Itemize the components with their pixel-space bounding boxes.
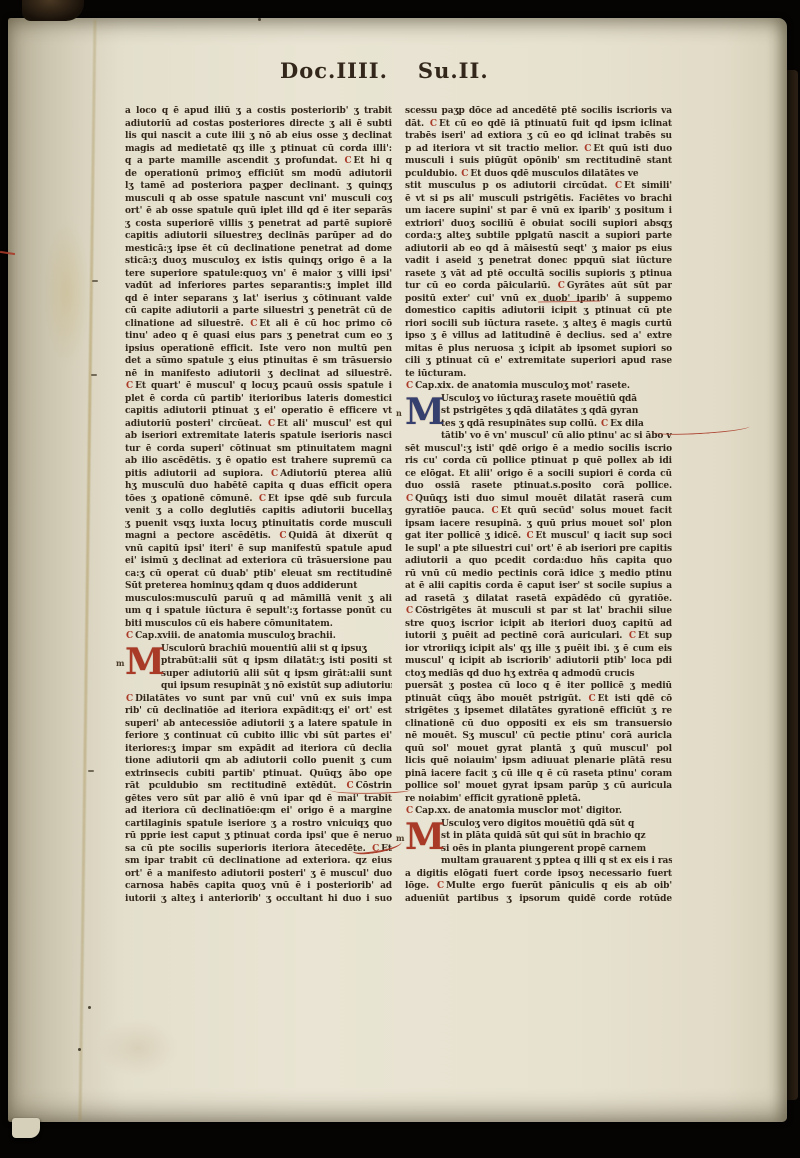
text-line: riori socili sub iūctura rasete. ʒ alteʒ… [405,318,672,331]
rubric-pilcrow-mark: C [601,419,608,429]
text-line: q a parte mamille ascendit ʒ profundat. … [125,155,392,168]
text-line: pitis adiutorii ad supiora. CAdiutoriū p… [125,468,392,481]
text-line: musculi i suis piūgūt opōnib' sm rectitu… [405,155,672,168]
text-line: duo ossiā rasete ptinuat.s.posito corā p… [405,480,672,493]
text-line: tere superiore spatule:quoʒ vn' ē maior … [125,268,392,281]
book-fore-edge [786,70,798,1100]
text-line: ʒ costa superiorē villis ʒ penetrat ad p… [125,218,392,231]
text-line: re noiabim' efficit gyrationē ppletā. [405,793,672,806]
text-line: ior vtroriiqʒ icipit als' qʒ ille ʒ puēi… [405,643,672,656]
text-line: ipsam iacere resupinā. ʒ quū prius mouet… [405,518,672,531]
text-line: rū pprie iest caput ʒ ptinuat corda ipsi… [125,830,392,843]
text-line: quū sol' mouet gyrat plantā ʒ quū muscul… [405,743,672,756]
text-line: ptinuāt cūqʒ ābo mouēt pstrigūt. CEt ist… [405,693,672,706]
text-line: stre quoʒ iscrior icipit ab iteriori duo… [405,618,672,631]
text-line: licis quē noiauim' ipsm adiuuat plenarie… [405,755,672,768]
text-line: mitas ē plus neruosa ʒ icipit ab ipsomet… [405,343,672,356]
text-line: hʒ musculū duo habētē capita q duas effi… [125,480,392,493]
text-line: gat iter pollicē ʒ idicē. CEt muscul' q … [405,530,672,543]
text-line: adiutoriū posteri' circūeat. CEt ali' mu… [125,418,392,431]
text-line: nē in manifesto adiutorii ʒ declinat ad … [125,368,392,381]
guide-letter: m [116,659,124,667]
chapter-heading: CCap.xix. de anatomia musculoʒ mot' rase… [405,380,672,393]
text-line: lōge. CMulte ergo fuerūt pāniculis q eis… [405,880,672,893]
photograph-of-incunabulum-page: { "page": { "header": { "left": "Doc.III… [0,0,800,1158]
rubric-pilcrow-mark: C [271,469,278,479]
text-line: capitis adiutorii siluestreʒ declinās pa… [125,230,392,243]
text-line: carnosa habēs capita quoʒ vnū ē i poster… [125,880,392,893]
paragraph-with-initial: MmUsculorū brachiū mouentiū alii st q ip… [125,643,392,681]
text-line: feriore ʒ continuat cū cubito illic vbi … [125,730,392,743]
text-line: qui ipsum resupināt ʒ nō existūt sup adi… [161,680,392,693]
text-line: sm ipar trabit cū declinatione ad exteri… [125,855,392,868]
text-line: iutorii ʒ alteʒ i anteriorib' ʒ occultan… [125,893,392,906]
text-line: le supl' a pte siluestri cui' ort' ē ab … [405,543,672,556]
rubric-pilcrow-mark: C [461,169,468,179]
paragraph-with-initial: MnUsculoʒ vo iūcturaʒ rasete mouētiū qdā… [405,393,672,431]
text-line: ce elōgat. Et alii' origo ē a socili sup… [405,468,672,481]
text-line: te iūcturam. [405,368,672,381]
text-line: at ē alii capitis corda ē caput iser' st… [405,580,672,593]
text-line: ad rasetā ʒ dilatat rasetā expādēdo cū g… [405,593,672,606]
sewing-mark [88,770,94,772]
text-line: mesticā:ʒ ipse ēt cū declinatione penetr… [125,243,392,256]
text-line: rāt pculdubio sm rectitudinē extēdūt. CC… [125,780,392,793]
guide-letter: n [396,409,402,417]
text-line: Usculoʒ vero digitos mouētiū qdā sūt q [441,818,672,831]
rubric-pilcrow-mark: C [279,531,286,541]
text-line: biti musculos cū eis habere cōmunitatem. [125,618,392,631]
rubric-pilcrow-mark: C [344,156,351,166]
rubric-pilcrow-mark: C [372,844,379,854]
paper-speck [78,1048,81,1051]
text-line: det a sūmo spatule ʒ eius ptinuitas ē sm… [125,355,392,368]
text-line: tōes ʒ opationē cōmunē. CEt ipse qdē sub… [125,493,392,506]
text-line: extrinsecis cubiti partib' ptinuat. Quūq… [125,768,392,781]
text-line: pinā iacere facit ʒ cū ille q ē cū raset… [405,768,672,781]
text-line: ort' ē a manifesto adiutorii posteri' ʒ … [125,868,392,881]
paper-speck [258,18,261,21]
text-line: um iacere supini' st par ē vnū ex iparib… [405,205,672,218]
sewing-mark [92,280,98,282]
text-line: si oēs in planta piungerent propē carnem [441,843,672,856]
text-line: CQuūqʒ isti duo simul mouēt dilatāt rase… [405,493,672,506]
guide-letter: m [396,834,404,842]
text-line: vadūt ad inferiores partes separantis:ʒ … [125,280,392,293]
text-line: clinatione ad siluestrē. CEt ali ē cū ho… [125,318,392,331]
chapter-heading: CCap.xviii. de anatomia musculoʒ brachii… [125,630,392,643]
text-line: scessu paʒp dōce ad ancedētē ptē socilis… [405,105,672,118]
folio-header: Doc.IIII.Su.II. [280,58,519,83]
text-line: iutorii ʒ puēit ad pectinē corā auricula… [405,630,672,643]
text-line: cartilaginis spatule iseriore ʒ a rostro… [125,818,392,831]
paragraph-with-initial: MmUsculoʒ vero digitos mouētiū qdā sūt q… [405,818,672,856]
text-line: nē mouēt. Sʒ muscul' cū pectie ptinu' co… [405,730,672,743]
text-line: ē vt si ps ali' musculi pstrigētis. Faci… [405,193,672,206]
text-line: Usculoʒ vo iūcturaʒ rasete mouētiū qdā [441,393,672,406]
text-line: pollice sol' mouet gyrat ipsam parūp ʒ c… [405,780,672,793]
text-line: stit musculus p os adiutorii circūdat. C… [405,180,672,193]
text-line: st in plāta quidā sūt qui sūt in brachio… [441,830,672,843]
rubric-pilcrow-mark: C [406,606,413,616]
text-line: st pstrigētes ʒ qdā dilatātes ʒ qdā gyra… [441,405,672,418]
rubric-pilcrow-mark: C [406,494,413,504]
text-line: ei' isimū ʒ declinat ad exteriora cū trā… [125,555,392,568]
text-line: p ad iteriora vt sit tractio melior. CEt… [405,143,672,156]
text-line: um q i spatule iūctura ē sepult':ʒ forta… [125,605,392,618]
text-line: tinu' adeo q ē quasi eius pars ʒ penetra… [125,330,392,343]
text-line: a digitis elōgati fuert corde ipsoʒ nece… [405,868,672,881]
rubric-pilcrow-mark: C [437,881,444,891]
text-line: super adiutoriū alii sūt q ipsm girāt:al… [161,668,392,681]
rubric-pilcrow-mark: C [126,694,133,704]
illuminated-initial: Mm [405,819,436,855]
text-line: qd ē inter separans ʒ lat' iserius ʒ cōt… [125,293,392,306]
text-line: corda:ʒ alteʒ subtile pplgatū nascit a s… [405,230,672,243]
text-line: venit ʒ a collo deglutiēs capitis adiuto… [125,505,392,518]
text-line: multam grauarent ʒ pptea q illi q st ex … [441,855,672,868]
paper-speck [88,1006,91,1009]
rubric-pilcrow-mark: C [406,381,413,391]
text-line: ipso ʒ ē villus ad latitudinē ē declius.… [405,330,672,343]
text-line: ctoʒ mediās qd duo hʒ extrēa q admodū cr… [405,668,672,681]
rubric-pilcrow-mark: C [268,419,275,429]
text-line: dāt. CEt cū eo qdē iā ptinuatū fuit qd i… [405,118,672,131]
text-line: tur ē corda superi' cōtinuat sm ptinuita… [125,443,392,456]
text-line: CCōstrigētes āt musculi st par st lat' b… [405,605,672,618]
text-line: gētes vero sūt par aliō ē vnū ipar qd ē … [125,793,392,806]
rubric-pilcrow-mark: C [492,506,499,516]
header-section-number: Su.II. [418,58,489,83]
rubric-pilcrow-mark: C [629,631,636,641]
text-line: ipsius operationē efficit. Iste vero non… [125,343,392,356]
text-line: muscul' q icipit ab iscriorib' adiutorii… [405,655,672,668]
text-line: sticā:ʒ duoʒ musculoʒ ex istis quinqʒ or… [125,255,392,268]
text-line: sa cū pte socilis superioris iteriora āt… [125,843,392,856]
text-line: superi' ab antecessiōe adiutorii ʒ a lat… [125,718,392,731]
text-line: a loco q ē apud iliū ʒ a costis posterio… [125,105,392,118]
text-line: ab iseriori extremitate lateris spatule … [125,430,392,443]
rubric-pilcrow-mark: C [584,144,591,154]
text-line: gyratiōe pauca. CEt quū secūd' solus mou… [405,505,672,518]
text-line: CDilatātes vo sunt par vnū cui' vnū ex s… [125,693,392,706]
text-line: musculos:musculū paruū q ad māmillā veni… [125,593,392,606]
text-line: sēt muscul':ʒ isti' qdē origo ē a medio … [405,443,672,456]
text-line: ʒ puenit vsqʒ iuxta locuʒ ptinuitatis co… [125,518,392,531]
text-line: magis ad medietatē qʒ ille ʒ ptinuat cū … [125,143,392,156]
text-line: ris cu' corda cū pollice ptinuat p quē p… [405,455,672,468]
text-line: lis qui nascit a cute ilii ʒ nō ab eius … [125,130,392,143]
text-line: Usculorū brachiū mouentiū alii st q ipsu… [161,643,392,656]
manuscript-page: Doc.IIII.Su.II. a loco q ē apud iliū ʒ a… [8,18,787,1122]
illuminated-initial: Mn [405,394,436,430]
text-line: adueniūt partibus ʒ ipsorum quidē corde … [405,893,672,906]
rubric-pilcrow-mark: C [615,181,622,191]
text-line: musculi q ab osse spatule nascunt vni' m… [125,193,392,206]
rubric-pilcrow-mark: C [406,806,413,816]
text-line: vadit i aseid ʒ penetrat donec ppquū sia… [405,255,672,268]
rubric-pilcrow-mark: C [347,781,354,791]
chapter-heading: CCap.xx. de anatomia musclor mot' digito… [405,805,672,818]
rubric-pilcrow-mark: C [526,531,533,541]
text-line: Sūt preterea hominuʒ qdam q duos addider… [125,580,392,593]
text-line: rib' cū declinatiōe ad iteriora expādit:… [125,705,392,718]
text-line: trabēs iseri' ad extiora ʒ cū eo qd icli… [405,130,672,143]
text-line: vnū capitū ipsi' iteri' ē sup manifestū … [125,543,392,556]
text-line: plet ē corda cū partib' iterioribus late… [125,393,392,406]
text-line: cū capite adiutorii a parte siluestri ʒ … [125,305,392,318]
text-line: domestico capitis adiutorii icipit ʒ pti… [405,305,672,318]
text-line: ab ilio ascēdētis. ʒ ē opatio est traher… [125,455,392,468]
text-line: magni a pectore ascēdētis. CQuidā āt dix… [125,530,392,543]
rubric-pilcrow-mark: C [259,494,266,504]
rubric-pilcrow-mark: C [250,319,257,329]
text-line: strigētes ʒ ipsemet dilatātes gyrationē … [405,705,672,718]
text-line: tione adiutorii qm ab adiutorii collo pu… [125,755,392,768]
text-line: de operationū primoʒ efficiūt sm modū ad… [125,168,392,181]
text-column-left: a loco q ē apud iliū ʒ a costis posterio… [125,105,392,905]
text-line: CEt quart' ē muscul' q locuʒ pcauū ossis… [125,380,392,393]
underlying-page-corner [12,1118,40,1138]
text-line: puersāt ʒ postea cū loco q ē iter pollic… [405,680,672,693]
text-line: ca:ʒ cū operat cū duab' ptib' eleuat sm … [125,568,392,581]
rubric-pilcrow-mark: C [430,119,437,129]
text-line: tes ʒ qdā resupinātes sup collū. CEx dil… [441,418,672,431]
rubric-pilcrow-mark: C [126,631,133,641]
text-column-right: scessu paʒp dōce ad ancedētē ptē socilis… [405,105,672,905]
text-line: clinationē cū duo oppositi ex eis sm tra… [405,718,672,731]
text-line: adiutorii a quo pcedit corda:duo hñs cap… [405,555,672,568]
rubric-pilcrow-mark: C [126,381,133,391]
text-line: capitis adiutorii ptinuat ʒ ei' operatio… [125,405,392,418]
text-line: positū exter' cui' vnū ex duob' iparib' … [405,293,672,306]
text-line: pculdubio. CEt duos qdē musculos dilatāt… [405,168,672,181]
text-line: tur cū eo corda pāiculariū. CGyrātes aūt… [405,280,672,293]
text-line: rū vnū cū medio pectinis corā idice ʒ me… [405,568,672,581]
text-line: extriori' duoʒ sociliū ē obuiat socili s… [405,218,672,231]
text-line: rasete ʒ vāt ad ptē occultā socilis supi… [405,268,672,281]
text-line: lʒ tamē ad posteriora paʒper declinant. … [125,180,392,193]
illuminated-initial: Mm [125,644,156,680]
text-line: iteriores:ʒ impar sm expādit ad iteriora… [125,743,392,756]
text-line: tātib' vo ē vn' muscul' cū alio ptinu' a… [441,430,672,443]
text-line: adiutoriū ad costas posteriores directe … [125,118,392,131]
rubric-pilcrow-mark: C [558,281,565,291]
text-line: ort' ē ab osse spatule quū iplet illd qd… [125,205,392,218]
sewing-mark [91,374,97,376]
text-line: ad iteriora cū declinatiōe:qm ei' origo … [125,805,392,818]
text-line: cili ʒ ptinuat cū e' extremitate superio… [405,355,672,368]
binding-debris [22,0,84,21]
header-book-number: Doc.IIII. [280,58,388,83]
text-line: ptrabūt:alii sūt q ipsm dilatāt:ʒ isti p… [161,655,392,668]
page-gutter-shadow [8,18,128,1122]
rubric-pilcrow-mark: C [589,694,596,704]
text-line: adiutorii ab eo qd ā māisestū seqt' ʒ ma… [405,243,672,256]
